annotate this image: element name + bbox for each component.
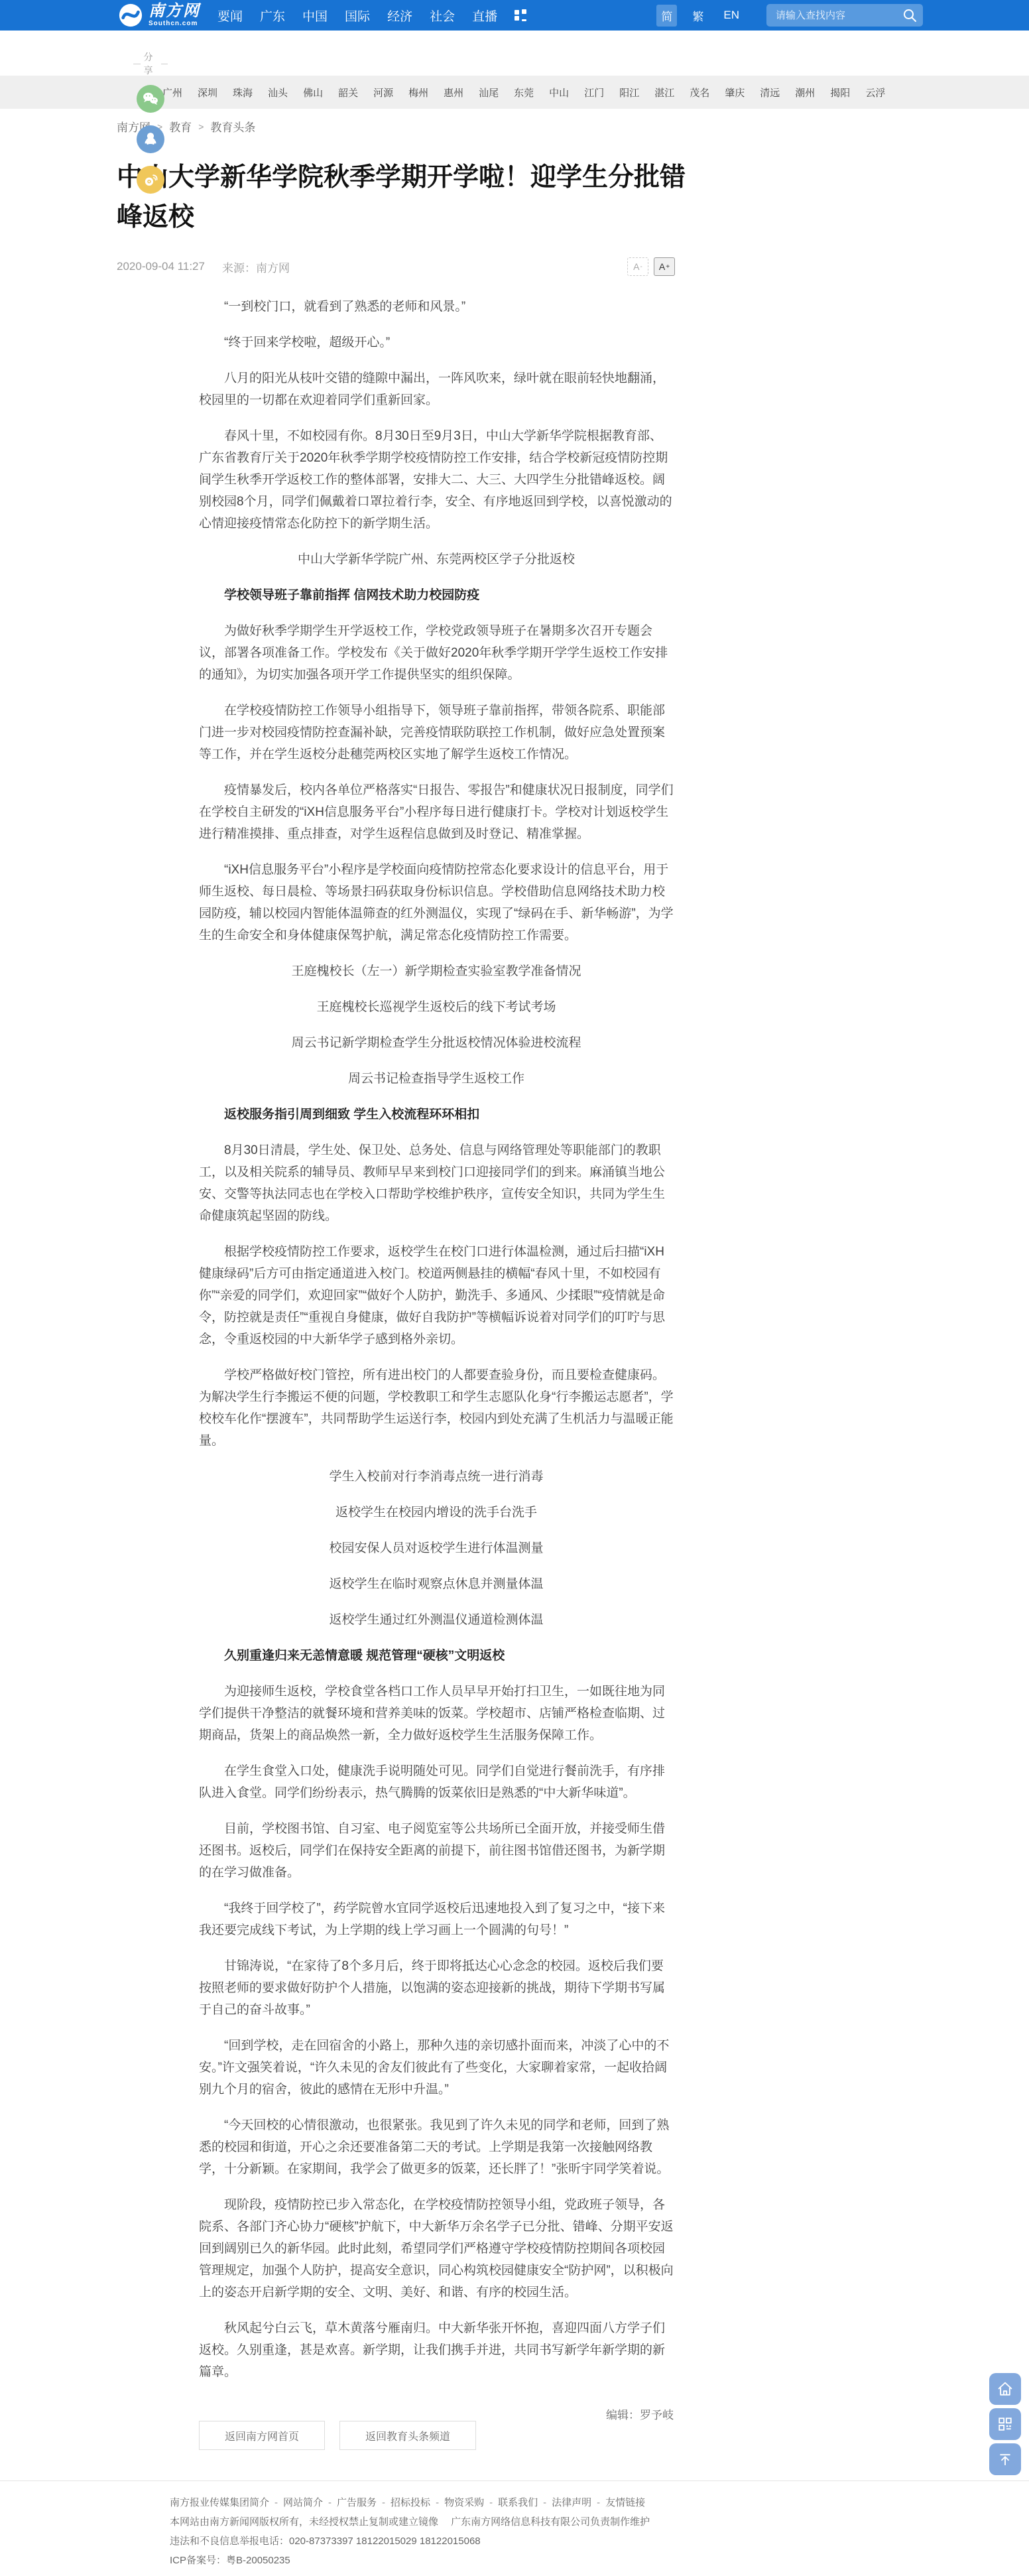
image-caption: 王庭槐校长（左一）新学期检查实验室教学准备情况 [199, 960, 674, 982]
page: 南方网 Southcn.com 要闻广东中国国际经济社会直播 简繁EN 分享 [0, 0, 1029, 2576]
image-caption: 王庭槐校长巡视学生返校后的线下考试考场 [199, 996, 674, 1018]
image-caption: 中山大学新华学院广州、东莞两校区学子分批返校 [199, 548, 674, 570]
footer-link-2[interactable]: 网站简介 [283, 2493, 323, 2512]
city-item-21[interactable]: 云浮 [865, 86, 885, 99]
qq-share-icon[interactable] [137, 125, 164, 153]
city-item-6[interactable]: 韶关 [338, 86, 358, 99]
city-item-19[interactable]: 潮州 [795, 86, 815, 99]
main-nav: 要闻广东中国国际经济社会直播 [217, 7, 514, 25]
image-caption: 返校学生通过红外测温仪通道检测体温 [199, 1609, 674, 1631]
back-to-top-icon[interactable] [989, 2443, 1021, 2475]
article-paragraph: 现阶段，疫情防控已步入常态化，在学校疫情防控领导小组，党政班子领导，各院系、各部… [199, 2194, 674, 2303]
language-switcher: 简繁EN [656, 5, 755, 27]
publish-date: 2020-09-04 11:27 [117, 260, 205, 273]
article-paragraph: 在学生食堂入口处，健康洗手说明随处可见。同学们自觉进行餐前洗手，有序排队进入食堂… [199, 1760, 674, 1804]
article-body: “一到校门口，就看到了熟悉的老师和风景。”“终于回来学校啦，超级开心。”八月的阳… [199, 282, 674, 2422]
qr-code-icon[interactable] [989, 2408, 1021, 2440]
city-item-8[interactable]: 梅州 [408, 86, 428, 99]
article-paragraph: “终于回来学校啦，超级开心。” [199, 332, 674, 354]
lang-item-简[interactable]: 简 [656, 5, 677, 27]
footer-link-6[interactable]: 联系我们 [498, 2493, 538, 2512]
back-button-1[interactable]: 返回南方网首页 [199, 2421, 325, 2450]
footer-link-4[interactable]: 招标投标 [391, 2493, 430, 2512]
nav-item-7[interactable]: 直播 [472, 7, 497, 25]
article-meta-row: 2020-09-04 11:27 来源：南方网 A- A+ [117, 257, 703, 276]
section-heading: 久别重逢归来无恙情意暖 规范管理“硬核”文明返校 [199, 1645, 674, 1667]
lang-item-EN[interactable]: EN [719, 6, 744, 25]
article-paragraph: 为做好秋季学期学生开学返校工作，学校党政领导班子在暑期多次召开专题会议，部署各项… [199, 620, 674, 686]
footer-link-separator: - [382, 2493, 385, 2512]
article-paragraph: 为迎接师生返校，学校食堂各档口工作人员早早开始打扫卫生，一如既往地为同学们提供干… [199, 1681, 674, 1746]
article-paragraph: 秋风起兮白云飞，草木黄落兮雁南归。中大新华张开怀抱，喜迎四面八方学子们返校。久别… [199, 2317, 674, 2383]
footer-link-separator: - [489, 2493, 493, 2512]
nav-item-1[interactable]: 要闻 [217, 7, 243, 25]
search-input[interactable] [774, 9, 902, 22]
city-item-4[interactable]: 汕头 [268, 86, 288, 99]
footer-link-separator: - [597, 2493, 600, 2512]
nav-item-5[interactable]: 经济 [387, 7, 412, 25]
city-item-15[interactable]: 湛江 [654, 86, 674, 99]
footer-link-separator: - [328, 2493, 332, 2512]
article-paragraph: 在学校疫情防控工作领导小组指导下，领导班子靠前指挥，带领各院系、职能部门进一步对… [199, 700, 674, 765]
weibo-share-icon[interactable] [137, 166, 164, 194]
share-label: 分享 [130, 50, 171, 77]
site-logo-text: 南方网 Southcn.com [149, 3, 200, 27]
footer-report-line: 违法和不良信息举报电话：020-87373397 18122015029 181… [170, 2532, 1029, 2551]
image-caption: 周云书记检查指导学生返校工作 [199, 1068, 674, 1090]
editor-credit: 编辑：罗予岐 [199, 2406, 674, 2422]
more-channels-grid-icon[interactable] [514, 9, 526, 21]
search-icon[interactable] [902, 7, 918, 23]
article-paragraph: 学校严格做好校门管控，所有进出校门的人都要查验身份，而且要检查健康码。为解决学生… [199, 1364, 674, 1452]
article-source: 来源：南方网 [222, 259, 290, 275]
floating-toolbar [989, 2373, 1022, 2479]
city-item-14[interactable]: 阳江 [619, 86, 639, 99]
article-paragraph: 春风十里，不如校园有你。8月30日至9月3日，中山大学新华学院根据教育部、广东省… [199, 425, 674, 535]
city-item-7[interactable]: 河源 [373, 86, 393, 99]
city-item-2[interactable]: 深圳 [198, 86, 217, 99]
section-heading: 学校领导班子靠前指挥 信网技术助力校园防疫 [199, 584, 674, 606]
nav-item-3[interactable]: 中国 [302, 7, 328, 25]
footer-link-separator: - [436, 2493, 439, 2512]
footer-link-separator: - [274, 2493, 278, 2512]
font-size-decrease-button[interactable]: A- [627, 257, 648, 276]
article-paragraph: 8月30日清晨，学生处、保卫处、总务处、信息与网络管理处等职能部门的教职工，以及… [199, 1139, 674, 1227]
footer-copyright: 本网站由南方新闻网版权所有，未经授权禁止复制或建立镜像 广东南方网络信息科技有限… [170, 2512, 1029, 2532]
image-caption: 学生入校前对行李消毒点统一进行消毒 [199, 1466, 674, 1488]
footer-link-separator: - [543, 2493, 546, 2512]
article-paragraph: “iXH信息服务平台”小程序是学校面向疫情防控常态化要求设计的信息平台，用于师生… [199, 859, 674, 946]
footer-link-3[interactable]: 广告服务 [337, 2493, 377, 2512]
city-item-13[interactable]: 江门 [584, 86, 604, 99]
article-paragraph: 八月的阳光从枝叶交错的缝隙中漏出，一阵风吹来，绿叶就在眼前轻快地翻涌，校园里的一… [199, 367, 674, 411]
city-item-17[interactable]: 肇庆 [725, 86, 745, 99]
article-paragraph: “我终于回学校了”，药学院曾水宜同学返校后迅速地投入到了复习之中，“接下来我还要… [199, 1898, 674, 1941]
city-item-9[interactable]: 惠州 [444, 86, 463, 99]
site-name: 南方网 [149, 3, 200, 19]
city-item-20[interactable]: 揭阳 [830, 86, 850, 99]
article-paragraph: 疫情暴发后，校内各单位严格落实“日报告、零报告”和健康状况日报制度，同学们在学校… [199, 779, 674, 845]
font-size-increase-button[interactable]: A+ [654, 257, 675, 276]
article-paragraph: “回到学校，走在回宿舍的小路上，那种久违的亲切感扑面而来，冲淡了心中的不安。”许… [199, 2035, 674, 2100]
article-paragraph: “今天回校的心情很激动，也很紧张。我见到了许久未见的同学和老师，回到了熟悉的校园… [199, 2114, 674, 2180]
footer-links: 南方报业传媒集团简介-网站简介-广告服务-招标投标-物资采购-联系我们-法律声明… [170, 2493, 1029, 2512]
image-caption: 校园安保人员对返校学生进行体温测量 [199, 1537, 674, 1559]
footer-icp: ICP备案号：粤B-20050235 [170, 2551, 1029, 2570]
section-heading: 返校服务指引周到细致 学生入校流程环环相扣 [199, 1104, 674, 1126]
city-item-16[interactable]: 茂名 [690, 86, 709, 99]
image-caption: 周云书记新学期检查学生分批返校情况体验进校流程 [199, 1032, 674, 1054]
bottom-buttons: 返回南方网首页返回教育头条频道 [199, 2421, 491, 2450]
lang-item-繁[interactable]: 繁 [688, 5, 708, 27]
site-logo[interactable]: 南方网 Southcn.com [118, 3, 200, 28]
search-box [766, 4, 923, 27]
page-footer: 南方报业传媒集团简介-网站简介-广告服务-招标投标-物资采购-联系我们-法律声明… [0, 2480, 1029, 2570]
share-rail: 分享 [130, 50, 171, 194]
city-item-10[interactable]: 汕尾 [479, 86, 499, 99]
footer-link-1[interactable]: 南方报业传媒集团简介 [170, 2493, 269, 2512]
city-item-5[interactable]: 佛山 [303, 86, 323, 99]
article-paragraph: 根据学校疫情防控工作要求，返校学生在校门口进行体温检测，通过后扫描“iXH健康绿… [199, 1241, 674, 1350]
nav-item-6[interactable]: 社会 [430, 7, 455, 25]
footer-link-8[interactable]: 友情链接 [605, 2493, 645, 2512]
city-item-3[interactable]: 珠海 [233, 86, 253, 99]
nav-item-4[interactable]: 国际 [345, 7, 370, 25]
article-paragraph: “一到校门口，就看到了熟悉的老师和风景。” [199, 296, 674, 318]
footer-link-5[interactable]: 物资采购 [444, 2493, 484, 2512]
breadcrumb-item-3: 教育头条 [210, 118, 255, 135]
article-paragraph: 目前，学校图书馆、自习室、电子阅览室等公共场所已全面开放，并接受师生借还图书。返… [199, 1818, 674, 1884]
top-header: 南方网 Southcn.com 要闻广东中国国际经济社会直播 简繁EN [0, 0, 1029, 31]
image-caption: 返校学生在校园内增设的洗手台洗手 [199, 1502, 674, 1523]
breadcrumb-item-2[interactable]: 教育 [169, 118, 192, 135]
city-item-12[interactable]: 中山 [549, 86, 569, 99]
nav-item-2[interactable]: 广东 [260, 7, 285, 25]
footer-link-7[interactable]: 法律声明 [552, 2493, 591, 2512]
site-domain: Southcn.com [149, 21, 200, 27]
wechat-share-icon[interactable] [137, 85, 164, 113]
city-item-18[interactable]: 清远 [760, 86, 780, 99]
image-caption: 返校学生在临时观察点休息并测量体温 [199, 1573, 674, 1595]
article-paragraph: 甘锦涛说，“在家待了8个多月后，终于即将抵达心心念念的校园。返校后我们要按照老师… [199, 1955, 674, 2021]
back-button-2[interactable]: 返回教育头条频道 [339, 2421, 476, 2450]
southcn-logo-icon [118, 3, 143, 28]
home-icon[interactable] [989, 2373, 1021, 2405]
city-item-11[interactable]: 东莞 [514, 86, 534, 99]
breadcrumb-separator: > [198, 121, 204, 132]
article-title: 中山大学新华学院秋季学期开学啦！迎学生分批错峰返校 [117, 158, 703, 237]
